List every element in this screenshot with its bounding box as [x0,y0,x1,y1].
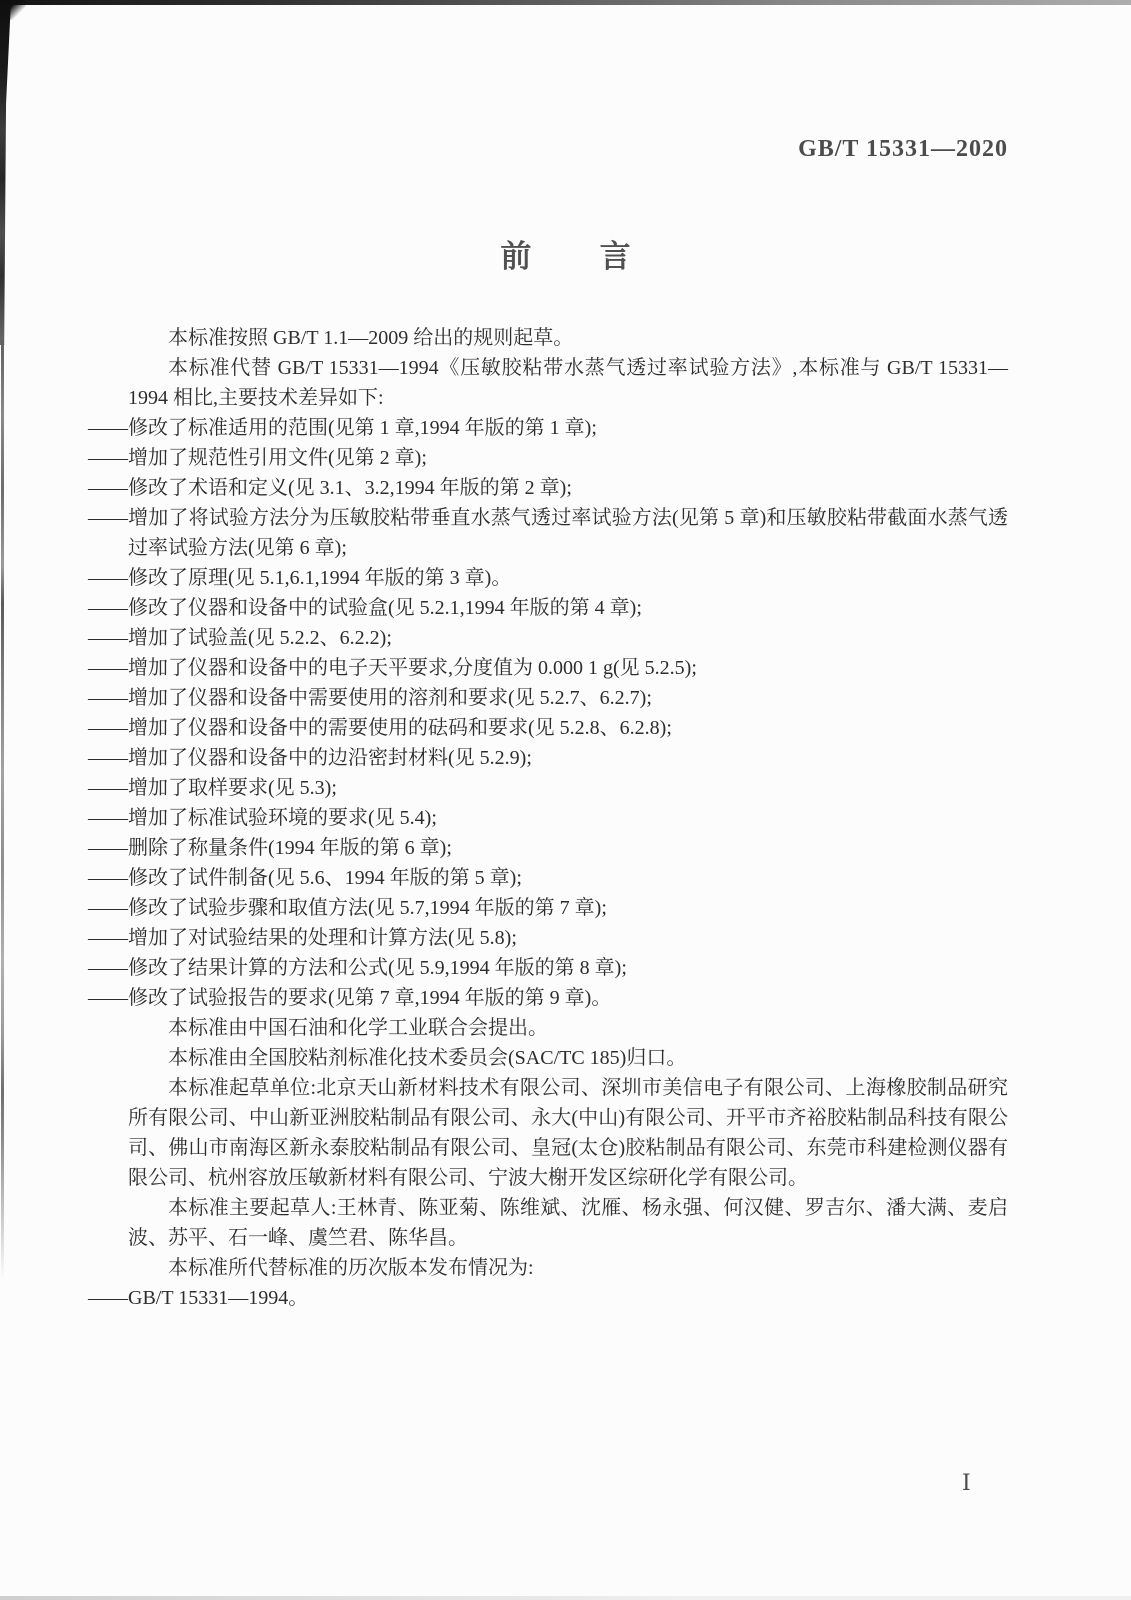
change-list-item: ——修改了试件制备(见 5.6、1994 年版的第 5 章); [128,863,1008,893]
change-list-item: ——增加了仪器和设备中的边沿密封材料(见 5.2.9); [128,743,1008,773]
change-list-item: ——增加了取样要求(见 5.3); [128,773,1008,803]
scan-artifact-bottom-edge [0,1596,1131,1600]
paragraph: 本标准由中国石油和化学工业联合会提出。 [128,1013,1008,1043]
change-list-item: ——增加了将试验方法分为压敏胶粘带垂直水蒸气透过率试验方法(见第 5 章)和压敏… [128,503,1008,563]
change-list-item: ——修改了标准适用的范围(见第 1 章,1994 年版的第 1 章); [128,413,1008,443]
scan-artifact-left-edge-line [1,340,4,1280]
change-list-item: ——GB/T 15331—1994。 [128,1283,1008,1313]
change-list-item: ——修改了试验报告的要求(见第 7 章,1994 年版的第 9 章)。 [128,983,1008,1013]
change-list-item: ——增加了标准试验环境的要求(见 5.4); [128,803,1008,833]
change-list-item: ——增加了仪器和设备中需要使用的溶剂和要求(见 5.2.7、6.2.7); [128,683,1008,713]
paragraph: 本标准按照 GB/T 1.1—2009 给出的规则起草。 [128,323,1008,353]
page-number: Ⅰ [962,1470,971,1496]
change-list-item: ——增加了仪器和设备中的需要使用的砝码和要求(见 5.2.8、6.2.8); [128,713,1008,743]
paragraph: 本标准由全国胶粘剂标准化技术委员会(SAC/TC 185)归口。 [128,1043,1008,1073]
change-list-item: ——增加了规范性引用文件(见第 2 章); [128,443,1008,473]
paragraph: 本标准所代替标准的历次版本发布情况为: [128,1253,1008,1283]
standard-code: GB/T 15331—2020 [798,136,1008,163]
scan-artifact-left-edge-dark [0,0,11,345]
paragraph: 本标准代替 GB/T 15331—1994《压敏胶粘带水蒸气透过率试验方法》,本… [128,353,1008,413]
change-list-item: ——增加了对试验结果的处理和计算方法(见 5.8); [128,923,1008,953]
change-list-item: ——修改了原理(见 5.1,6.1,1994 年版的第 3 章)。 [128,563,1008,593]
change-list-item: ——修改了术语和定义(见 3.1、3.2,1994 年版的第 2 章); [128,473,1008,503]
scan-artifact-top-edge [0,0,1131,5]
change-list-item: ——增加了仪器和设备中的电子天平要求,分度值为 0.000 1 g(见 5.2.… [128,653,1008,683]
change-list-item: ——修改了结果计算的方法和公式(见 5.9,1994 年版的第 8 章); [128,953,1008,983]
foreword-title: 前言 [0,231,1131,276]
change-list-item: ——增加了试验盖(见 5.2.2、6.2.2); [128,623,1008,653]
change-list-item: ——修改了试验步骤和取值方法(见 5.7,1994 年版的第 7 章); [128,893,1008,923]
paragraph: 本标准主要起草人:王林青、陈亚菊、陈维斌、沈雁、杨永强、何汉健、罗吉尔、潘大满、… [128,1193,1008,1253]
change-list-item: ——删除了称量条件(1994 年版的第 6 章); [128,833,1008,863]
change-list-item: ——修改了仪器和设备中的试验盒(见 5.2.1,1994 年版的第 4 章); [128,593,1008,623]
document-page: GB/T 15331—2020 前言 本标准按照 GB/T 1.1—2009 给… [0,0,1131,1600]
foreword-body: 本标准按照 GB/T 1.1—2009 给出的规则起草。本标准代替 GB/T 1… [128,323,1008,1313]
paragraph: 本标准起草单位:北京天山新材料技术有限公司、深圳市美信电子有限公司、上海橡胶制品… [128,1073,1008,1193]
